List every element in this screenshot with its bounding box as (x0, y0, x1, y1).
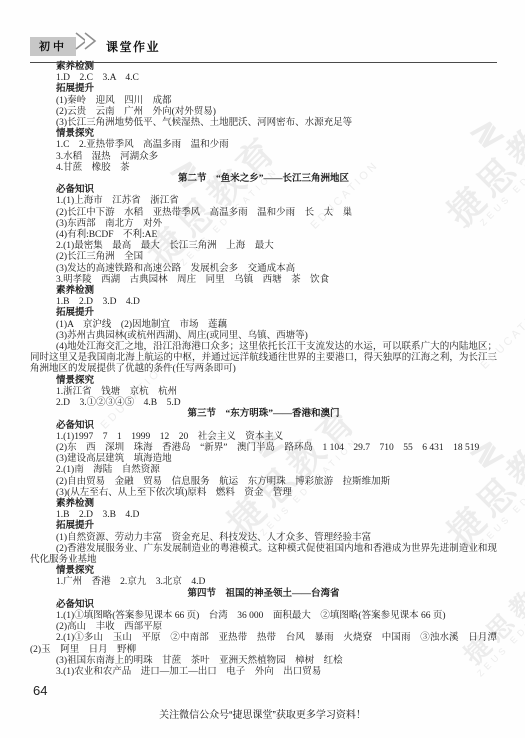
section-head: 必备知识 (30, 185, 497, 196)
answer-line: 1.广州 香港 2.京九 3.北京 4.D (30, 577, 497, 588)
answer-paragraph: 2.(1)①多山 玉山 平原 ②中南部 亚热带 热带 台风 暴雨 火烧寮 中国雨… (30, 633, 497, 655)
answer-line: (2)云贵 云南 广州 外向(对外贸易) (30, 107, 497, 118)
answer-line: 4.甘蔗 橡胶 茶 (30, 163, 497, 174)
answer-line: (2)高山 丰收 西部平原 (30, 622, 497, 633)
scanned-workbook-page: ≷ 捷思教育 ZEUS EDUCATION ≷ 捷思教育 ZEUS EDUCAT… (0, 0, 525, 738)
answer-paragraph: (4)地处江海交汇之地，沿江沿海港口众多；这里依托长江干支流发达的水运，可以联系… (30, 342, 497, 376)
answer-line: (1)A 京沪线 (2)因地制宜 市场 莲藕 (30, 320, 497, 331)
answer-line: 2.D 3.①②③④⑤ 4.B 5.D (30, 398, 497, 409)
answer-line: 1.B 2.D 3.D 4.D (30, 297, 497, 308)
answer-line: 1.(1)上海市 江苏省 浙江省 (30, 196, 497, 207)
answer-line: 3.水稻 湿热 河湖众多 (30, 152, 497, 163)
section-title: 第二节 “鱼米之乡”——长江三角洲地区 (30, 174, 497, 185)
answer-line: (1)自然资源、劳动力丰富 资金充足、科技发达、人才众多、管理经验丰富 (30, 533, 497, 544)
answer-line: 1.D 2.C 3.A 4.C (30, 73, 497, 84)
wechat-notice: 关注微信公众号“捷思课堂”获取更多学习资料！ (0, 706, 525, 721)
section-head: 素养检测 (30, 499, 497, 510)
answer-line: 3.(1)农业和农产品 进口—加工—出口 电子 外向 出口贸易 (30, 667, 497, 678)
answer-line: (3)长江三角洲地势低平、气候湿热、土地肥沃、河网密布、水源充足等 (30, 118, 497, 129)
section-head: 情景探究 (30, 376, 497, 387)
answer-line: (3)发达的高速铁路和高速公路 发展机会多 交通成本高 (30, 264, 497, 275)
answer-line: 2.(1)最密集 最高 最大 长江三角洲 上海 最大 (30, 241, 497, 252)
answer-line: (2)东 西 深圳 珠海 香港岛 “新界” 澳门半岛 路环岛 1 104 29.… (30, 443, 497, 454)
answer-line: (1)秦岭 迎风 四川 成都 (30, 96, 497, 107)
answer-content: 素养检测1.D 2.C 3.A 4.C拓展提升(1)秦岭 迎风 四川 成都(2)… (30, 62, 497, 678)
answer-line: (3)东西部 南北方 对外 (30, 219, 497, 230)
section-head: 拓展提升 (30, 521, 497, 532)
section-head: 素养检测 (30, 62, 497, 73)
answer-line: (3)祖国东南海上的明珠 甘蔗 茶叶 亚洲天然植物园 樟树 红桧 (30, 656, 497, 667)
page-number: 64 (33, 683, 47, 698)
answer-line: (2)长江中下游 水稻 亚热带季风 高温多雨 温和少雨 长 太 巢 (30, 208, 497, 219)
section-head: 素养检测 (30, 286, 497, 297)
answer-line: (2)长江三角洲 全国 (30, 252, 497, 263)
section-head: 拓展提升 (30, 84, 497, 95)
answer-line: 1.(1)1997 7 1 1999 12 20 社会主义 资本主义 (30, 432, 497, 443)
section-head: 必备知识 (30, 421, 497, 432)
answer-line: 2.(1)南 海陆 自然资源 (30, 465, 497, 476)
answer-paragraph: (2)香港发展服务业、广东发展制造业的粤港模式。这种模式促使祖国内地和香港成为世… (30, 544, 497, 566)
answer-line: (2)自由贸易 金融 贸易 信息服务 航运 东方明珠 博彩旅游 拉斯维加斯 (30, 477, 497, 488)
page-header: 初中 课堂作业 (30, 34, 497, 63)
double-chevron-right-icon (73, 31, 101, 56)
section-title: 第三节 “东方明珠”——香港和澳门 (30, 409, 497, 420)
answer-line: 3.明孝陵 西湖 古典园林 周庄 同里 乌镇 西塘 茶 饮食 (30, 275, 497, 286)
answer-line: (4)有利:BCDF 不利:AE (30, 230, 497, 241)
section-head: 拓展提升 (30, 308, 497, 319)
section-head: 情景探究 (30, 566, 497, 577)
answer-line: 1.浙江省 钱塘 京杭 杭州 (30, 387, 497, 398)
section-title: 第四节 祖国的神圣领土——台湾省 (30, 589, 497, 600)
book-title: 课堂作业 (106, 38, 160, 55)
answer-line: (3)(从左至右、从上至下依次填)原料 燃料 资金 管理 (30, 488, 497, 499)
grade-badge: 初中 (30, 37, 76, 56)
answer-line: 1.(1)①填图略(答案参见课本 66 页) 台湾 36 000 面积最大 ②填… (30, 611, 497, 622)
answer-line: (3)建设高层建筑 填海造地 (30, 454, 497, 465)
section-head: 情景探究 (30, 129, 497, 140)
answer-line: (3)苏州古典园林(或杭州西湖)、周庄(或同里、乌镇、西塘等) (30, 331, 497, 342)
answer-line: 1.C 2.亚热带季风 高温多雨 温和少雨 (30, 140, 497, 151)
section-head: 必备知识 (30, 600, 497, 611)
answer-line: 1.B 2.D 3.B 4.D (30, 510, 497, 521)
